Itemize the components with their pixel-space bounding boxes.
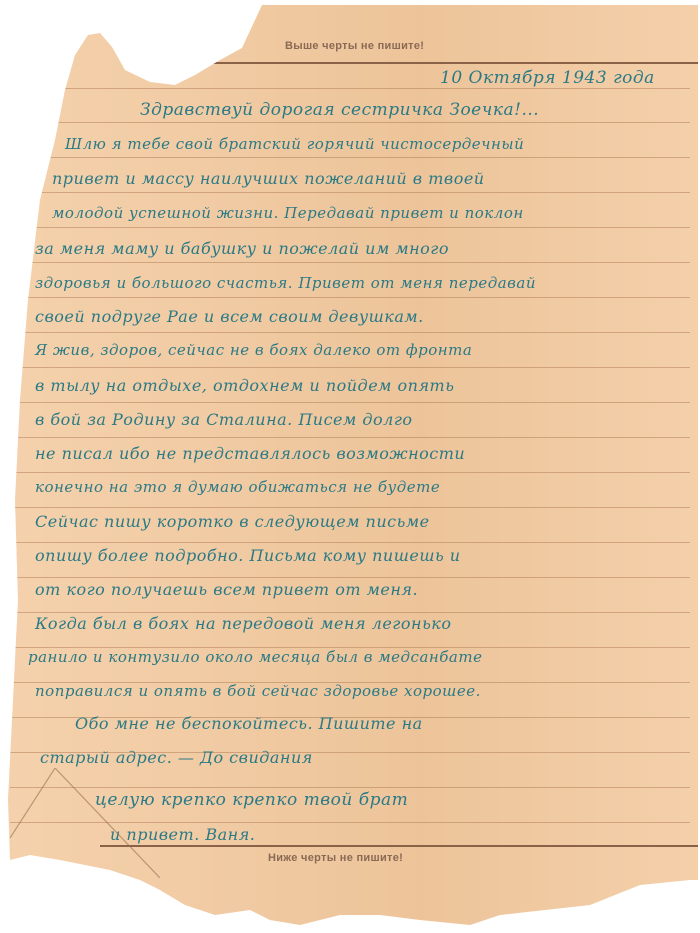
ruled-line: [10, 297, 690, 298]
ruled-line: [10, 542, 690, 543]
ruled-line: [10, 157, 690, 158]
letter-date: 10 Октября 1943 года: [440, 68, 655, 88]
letter-line: конечно на это я думаю обижаться не буде…: [35, 478, 440, 496]
ruled-line: [10, 472, 690, 473]
letter-line: Здравствуй дорогая сестричка Зоечка!...: [140, 100, 539, 120]
letter-line: ранило и контузило около месяца был в ме…: [28, 648, 482, 666]
ruled-line: [10, 367, 690, 368]
ruled-line: [10, 227, 690, 228]
letter-line: Шлю я тебе свой братский горячий чистосе…: [65, 135, 524, 153]
ruled-line: [10, 507, 690, 508]
letter-line: привет и массу наилучших пожеланий в тво…: [52, 169, 485, 188]
letter-line: за меня маму и бабушку и пожелай им мног…: [35, 239, 449, 258]
letter-line: в бой за Родину за Сталина. Писем долго: [35, 410, 413, 429]
printed-header: Выше черты не пишите!: [285, 40, 424, 52]
printed-footer: Ниже черты не пишите!: [268, 852, 403, 864]
ruled-line: [10, 192, 690, 193]
letter-line: опишу более подробно. Письма кому пишешь…: [35, 546, 461, 565]
letter-line: не писал ибо не представлялось возможнос…: [35, 444, 465, 463]
ruled-line: [10, 437, 690, 438]
letter-line: Обо мне не беспокойтесь. Пишите на: [75, 714, 423, 733]
bottom-border-line: [100, 845, 698, 847]
letter-line: старый адрес. — До свидания: [40, 748, 313, 767]
fold-crease-mark: [10, 768, 160, 878]
ruled-line: [10, 402, 690, 403]
letter-line: от кого получаешь всем привет от меня.: [35, 580, 418, 599]
letter-line: молодой успешной жизни. Передавай привет…: [52, 204, 524, 222]
top-border-line: [195, 62, 698, 64]
letter-line: своей подруге Рае и всем своим девушкам.: [35, 307, 424, 326]
letter-paper: Выше черты не пишите! Ниже черты не пиши…: [0, 0, 700, 933]
ruled-line: [10, 577, 690, 578]
ruled-line: [10, 612, 690, 613]
letter-line: в тылу на отдыхе, отдохнем и пойдем опят…: [35, 376, 454, 395]
letter-line: Когда был в боях на передовой меня легон…: [35, 614, 451, 633]
ruled-line: [10, 332, 690, 333]
ruled-line: [10, 122, 690, 123]
letter-line: Сейчас пишу коротко в следующем письме: [35, 512, 430, 531]
letter-line: Я жив, здоров, сейчас не в боях далеко о…: [35, 341, 472, 359]
ruled-line: [10, 88, 690, 89]
ruled-line: [10, 262, 690, 263]
letter-line: здоровья и большого счастья. Привет от м…: [35, 274, 536, 292]
letter-line: поправился и опять в бой сейчас здоровье…: [35, 682, 481, 700]
